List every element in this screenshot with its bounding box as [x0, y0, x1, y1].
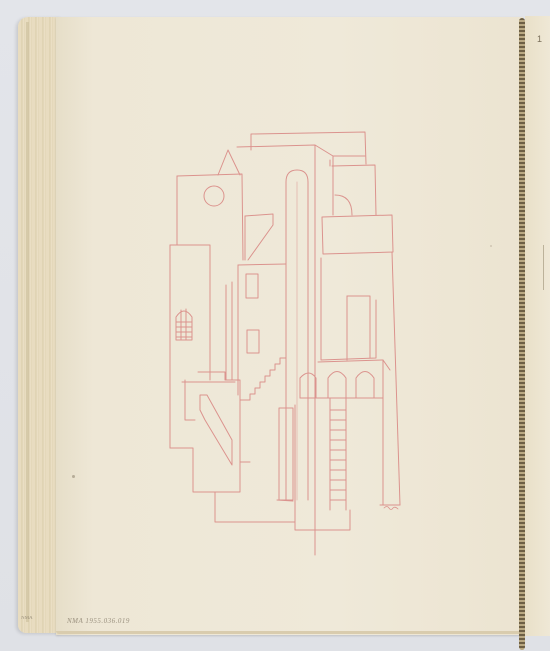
catalog-inscription: NMA 1955.036.019 [67, 617, 130, 625]
sketchbook: 1 [0, 0, 550, 651]
page-stack-inscription: NMA [21, 616, 33, 621]
red-pencil-architectural-drawing [0, 0, 550, 651]
